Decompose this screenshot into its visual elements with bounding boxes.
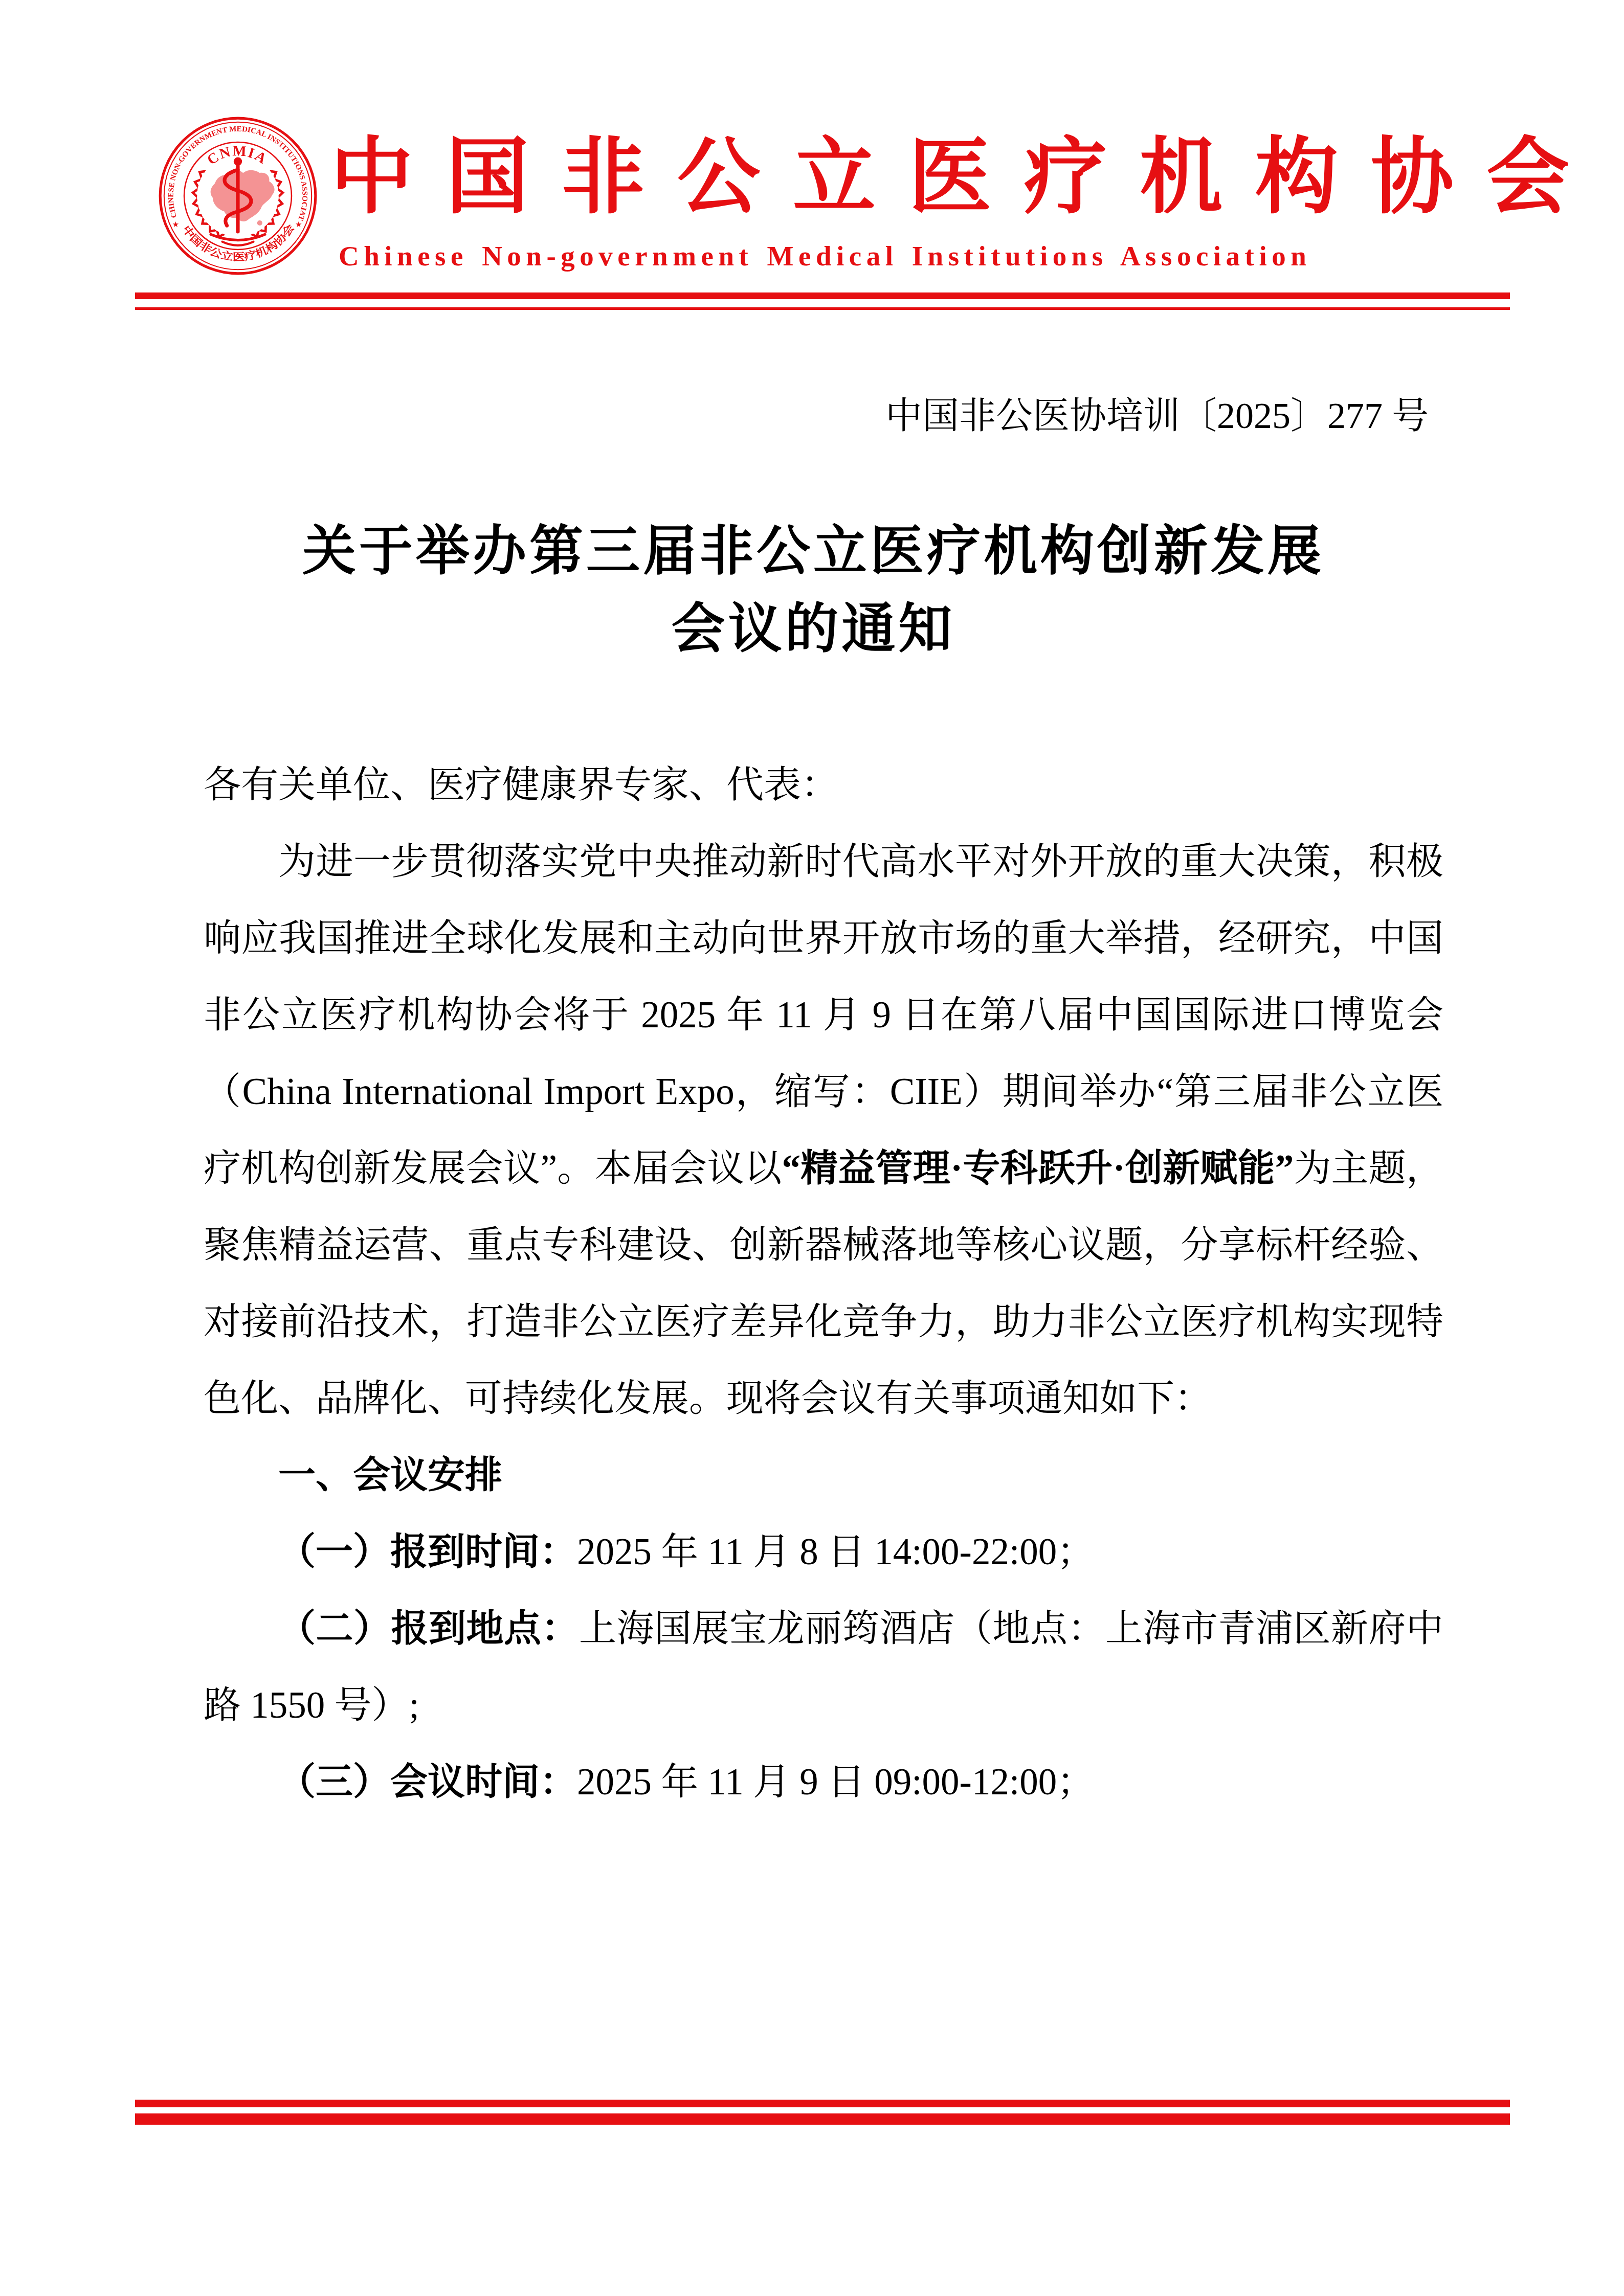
document-title-line-2: 会议的通知 — [671, 599, 955, 659]
text-run: 各有关单位、医疗健康界专家、代表： — [204, 764, 838, 805]
header-rule-thin — [135, 307, 1510, 310]
seal-china-map — [211, 170, 275, 221]
seal-star-right: ★ — [295, 220, 302, 229]
item-checkin-time: （一）报到时间：2025 年 11 月 8 日 14:00-22:00； — [204, 1514, 1443, 1590]
document-title: 关于举办第三届非公立医疗机构创新发展会议的通知 — [205, 512, 1422, 668]
text-run: 2025 年 11 月 8 日 14:00-22:00； — [577, 1531, 1094, 1572]
seal-island — [257, 220, 262, 226]
header-rule-thick — [135, 292, 1510, 299]
text-run: 一、会议安排 — [278, 1454, 502, 1496]
association-seal-icon: CHINESE NON-GOVERNMENT MEDICAL INSTITUTI… — [157, 115, 319, 277]
document-page: CHINESE NON-GOVERNMENT MEDICAL INSTITUTI… — [0, 0, 1624, 2296]
text-run: （三）会议时间： — [278, 1761, 577, 1803]
text-run: “精益管理·专科跃升·创新赋能” — [782, 1147, 1294, 1189]
salutation: 各有关单位、医疗健康界专家、代表： — [204, 747, 1443, 823]
text-run: （二）报到地点： — [278, 1608, 579, 1649]
document-body: 各有关单位、医疗健康界专家、代表：为进一步贯彻落实党中央推动新时代高水平对外开放… — [204, 747, 1443, 1820]
org-name-chinese: 中国非公立医疗机构协会 — [330, 129, 1602, 228]
text-run: 为进一步贯彻落实党中央推动新时代高水平对外开放的重大决策，积极响应我国推进全球化… — [204, 841, 1443, 1189]
section-heading-meeting-arrangement: 一、会议安排 — [204, 1437, 1443, 1514]
org-name-english: Chinese Non-government Medical Instituti… — [339, 239, 1311, 273]
seal-ground — [211, 234, 265, 245]
item-checkin-place: （二）报到地点：上海国展宝龙丽筠酒店（地点：上海市青浦区新府中路 1550 号）… — [204, 1590, 1443, 1744]
item-meeting-time: （三）会议时间：2025 年 11 月 9 日 09:00-12:00； — [204, 1744, 1443, 1820]
seal-star-left: ★ — [172, 220, 180, 229]
text-run: （一）报到时间： — [278, 1531, 577, 1572]
document-number: 中国非公医协培训〔2025〕277 号 — [885, 393, 1429, 439]
document-title-line-1: 关于举办第三届非公立医疗机构创新发展 — [302, 521, 1324, 581]
intro-paragraph: 为进一步贯彻落实党中央推动新时代高水平对外开放的重大决策，积极响应我国推进全球化… — [204, 823, 1443, 1437]
footer-rule-thin — [135, 2100, 1510, 2107]
footer-rule-thick — [135, 2113, 1510, 2125]
text-run: 2025 年 11 月 9 日 09:00-12:00； — [577, 1761, 1094, 1803]
